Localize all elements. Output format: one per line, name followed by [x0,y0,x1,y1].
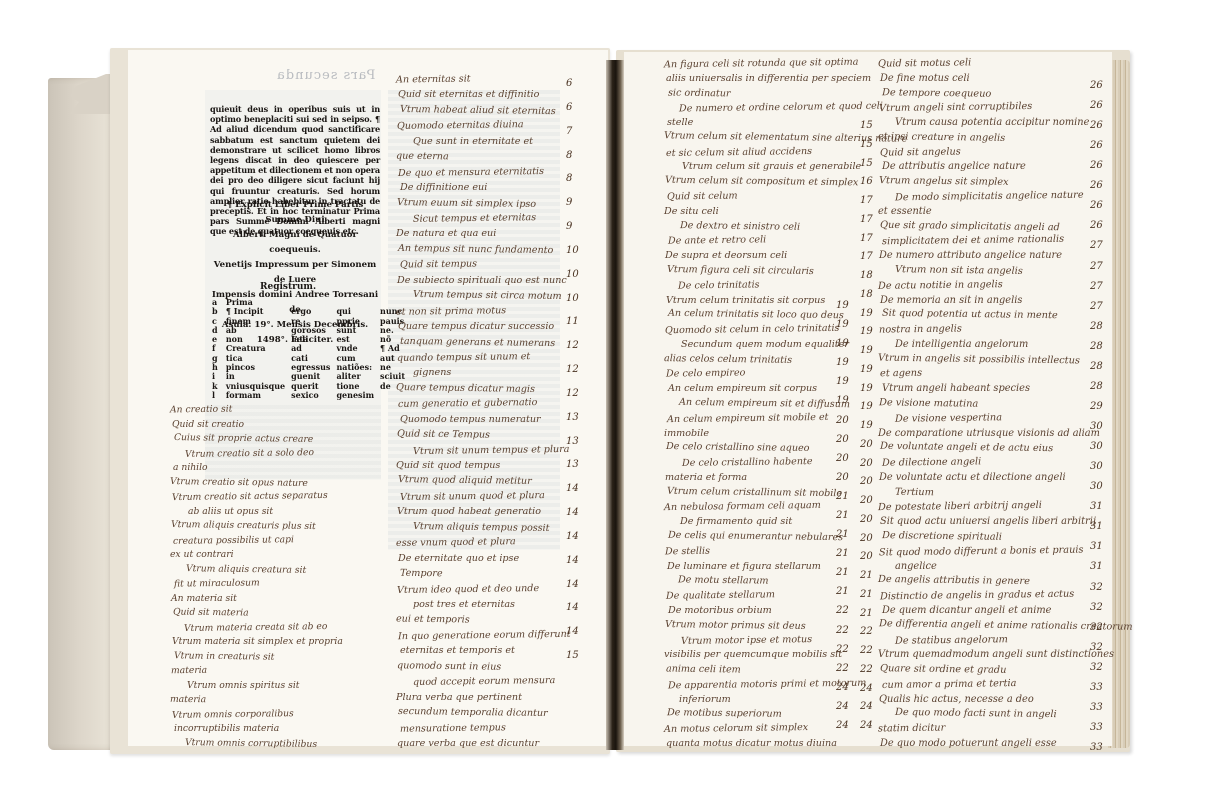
manuscript-line: eternitas et temporis et [400,645,515,656]
margin-number: 22 [860,645,873,656]
manuscript-line: Vtrum in creaturis sit [174,650,275,662]
margin-number: 19 [836,376,849,387]
manuscript-line: inferiorum [679,694,731,705]
margin-number: 22 [860,626,873,637]
manuscript-line: anima celi item [666,664,741,676]
manuscript-line: Vtrum celum trinitatis sit corpus [666,295,825,306]
manuscript-line: Quomodo eternitas diuina [397,119,524,132]
registrum-table: aPrimab¶ Incipitergoquinunccfinemrepprie… [212,298,411,400]
manuscript-line: De actu notitie in angelis [878,279,1003,292]
registrum-row: lformamsexicogenesim [212,391,411,400]
manuscript-line: De quo modo potuerunt angeli esse [880,738,1057,749]
colophon-line: ¶ Explicit Liber Prime Partis Summe Diui [210,198,380,228]
manuscript-line: Vtrum euum sit simplex ipso [397,197,536,210]
manuscript-line: fit ut miraculosum [174,578,260,590]
manuscript-line: An celum empireum sit mobile et [667,412,829,425]
margin-number: 21 [836,548,849,559]
margin-number: 26 [1090,180,1103,191]
margin-number: 26 [1090,200,1103,211]
margin-number: 19 [836,395,849,406]
margin-number: 19 [860,383,873,394]
manuscript-line: Vtrum angelus sit simplex [879,175,1009,188]
manuscript-line: Quare tempus dicatur magis [396,382,535,395]
margin-number: 29 [1090,401,1103,412]
margin-number: 12 [566,364,579,375]
margin-number: 19 [836,357,849,368]
manuscript-line: De tempore coequeuo [882,87,991,100]
margin-number: 19 [860,345,873,356]
manuscript-line: De visione vespertina [895,412,1002,424]
manuscript-line: Quomodo tempus numeratur [400,414,541,425]
margin-number: 20 [860,551,873,562]
margin-number: 32 [1090,602,1103,613]
margin-number: 13 [566,436,579,447]
margin-number: 19 [836,319,849,330]
manuscript-line: De quo et mensura eternitatis [398,166,544,179]
manuscript-line: De eternitate quo et ipse [398,553,519,564]
margin-number: 24 [836,682,849,693]
manuscript-line: De dilectione angeli [882,456,981,468]
margin-number: 27 [1090,261,1103,272]
registrum-cell: l [212,391,226,400]
manuscript-line: De discretione spirituali [882,530,1002,543]
manuscript-line: Tertium [895,486,934,498]
registrum-cell: genesim [336,391,380,400]
manuscript-line: In quo generatione eorum differunt [398,629,571,642]
manuscript-line: Plura verba que pertinent [396,692,522,703]
margin-number: 12 [566,340,579,351]
manuscript-line: eui et temporis [396,614,470,626]
manuscript-line: Vtrum creatio sit actus separatus [172,490,328,503]
margin-number: 28 [1090,381,1103,392]
margin-number: 24 [860,720,873,731]
margin-number: 28 [1090,341,1103,352]
manuscript-line: Vtrum in angelis sit possibilis intellec… [878,352,1080,366]
manuscript-line: materia et forma [665,472,747,483]
manuscript-line: secundum temporalia dicantur [398,706,548,719]
manuscript-line: Sicut tempus et eternitas [413,212,536,225]
manuscript-line: De motoribus orbium [668,605,772,616]
margin-number: 33 [1090,742,1103,753]
manuscript-line: De celo cristallino habente [682,456,813,469]
manuscript-line: De qualitate stellarum [666,589,775,602]
manuscript-line: De supra et deorsum celi [665,250,787,261]
margin-number: 14 [566,555,579,566]
margin-number: 21 [836,567,849,578]
manuscript-line: De stellis [665,545,710,557]
margin-number: 14 [566,579,579,590]
margin-number: 28 [1090,321,1103,332]
margin-number: 11 [566,316,579,327]
margin-number: 20 [860,439,873,450]
margin-number: 21 [860,589,873,600]
margin-number: 33 [1090,722,1103,733]
margin-number: 26 [1090,220,1103,231]
manuscript-line: De visione matutina [879,397,978,409]
manuscript-line: Vtrum angeli habeant species [882,383,1030,394]
manuscript-line: tanquam generans et numerans [400,335,555,348]
margin-number: 20 [836,453,849,464]
margin-number: 21 [836,510,849,521]
manuscript-line: An motus celorum sit simplex [664,722,808,735]
margin-number: 18 [860,289,873,300]
colophon-line: Alberti Magni de Quatuor coequeuis. [210,228,380,258]
manuscript-line: Vtrum omnis corruptibilibus [185,737,317,750]
book-gutter [606,60,624,750]
manuscript-line: Vtrum omnis corporalibus [172,708,294,721]
registrum-cell: sexico [291,391,336,400]
manuscript-line: Vtrum celum cristallinum sit mobile [667,485,842,498]
running-head-mirrored: Pars secunda [276,68,375,83]
manuscript-line: Vtrum aliquis creatura sit [186,563,306,576]
manuscript-line: An eternitas sit [396,73,471,85]
margin-number: 31 [1090,541,1103,552]
margin-number: 20 [860,476,873,487]
manuscript-line: et non sit prima motus [396,305,506,318]
manuscript-line: Vtrum creatio sit a solo deo [185,447,314,460]
margin-number: 32 [1090,662,1103,673]
margin-number: 14 [566,507,579,518]
margin-number: 19 [836,300,849,311]
margin-number: 19 [836,338,849,349]
manuscript-line: stelle [667,117,693,128]
manuscript-line: De quem dicantur angeli et anime [882,605,1051,616]
margin-number: 17 [860,214,873,225]
margin-number: 16 [860,176,873,187]
manuscript-line: Vtrum quemadmodum angeli sunt distinctio… [878,649,1114,660]
manuscript-line: Quid sit celum [667,191,738,203]
manuscript-line: incorruptibilis materia [174,723,279,734]
manuscript-line: sic ordinatur [668,87,731,99]
margin-number: 15 [860,139,873,150]
margin-number: 26 [1090,160,1103,171]
registrum-title: Registrum. [260,282,316,292]
margin-number: 30 [1090,461,1103,472]
margin-number: 8 [566,150,572,161]
margin-number: 24 [836,720,849,731]
manuscript-line: De firmamento quid sit [680,516,792,527]
registrum-cell: pincos [226,363,291,372]
margin-number: 18 [860,270,873,281]
margin-number: 22 [860,664,873,675]
manuscript-line: Cuius sit proprie actus creare [174,432,313,445]
manuscript-line: Vtrum tempus sit circa motum [413,289,562,302]
margin-number: 28 [1090,361,1103,372]
manuscript-line: De voluntate actu et dilectione angeli [879,472,1066,483]
manuscript-line: materia [170,694,206,706]
margin-number: 20 [836,472,849,483]
manuscript-line: De diffinitione eui [400,182,487,193]
manuscript-line: Vtrum sit unum quod et plura [400,490,545,503]
margin-number: 20 [836,434,849,445]
margin-number: 20 [860,514,873,525]
manuscript-line: De comparatione utriusque visionis ad al… [878,428,1100,439]
manuscript-line: Quid sit ce Tempus [397,429,490,441]
manuscript-line: cum amor a prima et tertia [882,678,1017,691]
manuscript-line: Quare tempus dicatur successio [398,321,554,332]
margin-number: 13 [566,459,579,470]
manuscript-line: Vtrum non sit ista angelis [895,264,1023,277]
margin-number: 13 [566,412,579,423]
margin-number: 22 [836,605,849,616]
margin-number: 10 [566,269,579,280]
margin-number: 31 [1090,521,1103,532]
manuscript-line: post tres et eternitas [413,599,515,610]
manuscript-line: Vtrum ideo quod et deo unde [397,583,539,596]
margin-number: 26 [1090,140,1103,151]
margin-number: 10 [566,293,579,304]
manuscript-line: angelice [895,561,937,572]
margin-number: 14 [566,602,579,613]
margin-number: 26 [1090,120,1103,131]
manuscript-line: Vtrum creatio sit opus nature [170,476,308,489]
manuscript-line: aliis uniuersalis in differentia per spe… [666,73,871,84]
manuscript-line: De luminare et figura stellarum [667,561,821,572]
registrum-cell: formam [226,391,291,400]
margin-number: 26 [1090,100,1103,111]
manuscript-line: An celum empireum sit et diffusum [679,397,850,410]
manuscript-line: De celo empireo [666,368,746,380]
manuscript-line: quomodo sunt in eius [397,660,501,672]
manuscript-line: statim dicitur [878,723,945,735]
manuscript-line: nostra in angelis [879,324,962,336]
margin-number: 15 [860,158,873,169]
manuscript-line: creatura possibilis ut capi [173,534,294,547]
margin-number: 20 [860,495,873,506]
margin-number: 15 [860,120,873,131]
manuscript-line: materia [171,665,207,677]
margin-number: 30 [1090,421,1103,432]
manuscript-line: De ante et retro celi [668,235,766,247]
margin-number: 30 [1090,481,1103,492]
margin-number: 33 [1090,702,1103,713]
manuscript-line: quod accepit eorum mensura [413,675,555,688]
margin-number: 14 [566,531,579,542]
manuscript-line: Que sit grado simplicitatis angeli ad [880,219,1060,233]
margin-number: 21 [860,570,873,581]
margin-number: 32 [1090,622,1103,633]
manuscript-line: Tempore [400,568,443,580]
margin-number: 26 [1090,80,1103,91]
manuscript-line: Vtrum materia creata sit ab eo [184,621,328,634]
manuscript-line: alias celos celum trinitatis [664,353,792,366]
margin-number: 9 [566,221,572,232]
margin-number: 8 [566,173,572,184]
manuscript-line: et agens [880,368,922,380]
margin-number: 19 [860,326,873,337]
margin-number: 19 [860,401,873,412]
manuscript-line: cum generatio et gubernatio [398,397,537,410]
margin-number: 10 [566,245,579,256]
manuscript-line: Vtrum quod habeat generatio [397,506,541,517]
manuscript-line: et sic celum sit aliud accidens [666,146,812,159]
manuscript-line: De statibus angelorum [895,634,1008,647]
manuscript-line: ex ut contrari [170,549,234,560]
manuscript-line: De celo trinitatis [678,279,760,291]
margin-number: 19 [860,420,873,431]
manuscript-line: Sit quod actu uniuersi angelis liberi ar… [880,516,1096,527]
manuscript-line: An creatio sit [170,404,233,416]
manuscript-line: visibilis per quemcumque mobilis sit [664,649,842,660]
margin-number: 21 [836,491,849,502]
manuscript-line: Quid sit materia [173,607,249,619]
manuscript-line: immobile [664,428,709,439]
manuscript-line: De motibus superiorum [667,708,782,721]
margin-number: 17 [860,195,873,206]
margin-number: 27 [1090,301,1103,312]
manuscript-line: mensuratione tempus [400,722,506,734]
margin-number: 27 [1090,281,1103,292]
manuscript-line: De natura et qua eui [396,228,496,239]
margin-number: 21 [836,529,849,540]
manuscript-line: Quid sit tempus [400,259,477,271]
manuscript-line: Vtrum sit unum tempus et plura [413,444,570,457]
margin-number: 20 [860,533,873,544]
manuscript-line: De intelligentia angelorum [895,339,1028,350]
manuscript-line: De subiecto spirituali quo est nunc [397,275,567,286]
margin-number: 21 [836,586,849,597]
manuscript-line: Secundum quem modum equaliter [681,339,849,350]
manuscript-line: De dextro et sinistro celi [680,220,800,233]
margin-number: 7 [566,126,572,137]
manuscript-line: Vtrum aliquis creaturis plus sit [171,519,316,532]
manuscript-line: et ipsi creature in angelis [878,131,1005,144]
manuscript-line: Qualis hic actus, necesse a deo [879,694,1034,705]
margin-number: 22 [836,663,849,674]
manuscript-line: et essentie [878,206,932,217]
manuscript-line: An celum empireum sit corpus [668,383,817,394]
manuscript-line: Quare sit ordine et gradu [880,663,1007,676]
manuscript-line: quare verba que est dicuntur [397,738,539,749]
margin-number: 31 [1090,561,1103,572]
manuscript-line: Vtrum materia sit simplex et propria [172,636,343,647]
margin-number: 19 [860,308,873,319]
margin-number: 33 [1090,682,1103,693]
manuscript-line: Vtrum motor primus sit deus [665,619,806,632]
margin-number: 21 [860,608,873,619]
manuscript-line: De numero attributo angelice nature [879,250,1062,261]
margin-number: 14 [566,626,579,637]
manuscript-line: De situ celi [664,206,719,217]
margin-number: 6 [566,102,572,113]
margin-number: 17 [860,251,873,262]
margin-number: 24 [860,701,873,712]
margin-number: 24 [860,683,873,694]
manuscript-line: Vtrum figura celi sit circularis [667,264,814,277]
manuscript-line: a nihilo [173,462,208,473]
manuscript-line: que eterna [396,151,449,163]
manuscript-line: Quid sit motus celi [878,57,971,69]
manuscript-line: An tempus sit nunc fundamento [398,243,553,256]
margin-number: 32 [1090,642,1103,653]
manuscript-line: De motu stellarum [678,575,769,587]
manuscript-line: Vtrum omnis spiritus sit [187,680,299,691]
margin-number: 14 [566,483,579,494]
margin-number: 20 [860,458,873,469]
margin-number: 31 [1090,501,1103,512]
margin-number: 9 [566,197,572,208]
margin-number: 22 [836,625,849,636]
margin-number: 6 [566,78,572,89]
margin-number: 12 [566,388,579,399]
margin-number: 17 [860,233,873,244]
manuscript-line: De memoria an sit in angelis [880,295,1022,306]
margin-number: 24 [836,701,849,712]
manuscript-line: Vtrum aliquis tempus possit [413,521,550,534]
manuscript-line: ab aliis ut opus sit [188,506,273,517]
manuscript-line: quanta motus dicatur motus diuina [666,738,837,749]
manuscript-line: De attributis angelice nature [882,161,1026,172]
manuscript-line: Quid sit quod tempus [396,460,500,471]
manuscript-line: gignens [413,367,451,378]
margin-number: 15 [566,650,579,661]
margin-number: 30 [1090,441,1103,452]
margin-number: 27 [1090,240,1103,251]
manuscript-line: De fine motus celi [880,73,970,84]
manuscript-line: Vtrum motor ipse et motus [681,634,812,647]
margin-number: 22 [836,644,849,655]
manuscript-line: Que sunt in eternitate et [413,136,533,147]
manuscript-line: Quid sit eternitas et diffinitio [398,89,539,100]
manuscript-line: Vtrum habeat aliud sit eternitas [400,104,556,117]
manuscript-line: Vtrum celum sit grauis et generabile [682,161,861,172]
manuscript-line: quando tempus sit unum et [397,351,530,364]
manuscript-line: Quid sit angelus [880,146,961,158]
manuscript-line: An materia sit [171,593,237,604]
margin-number: 32 [1090,582,1103,593]
manuscript-line: esse vnum quod et plura [396,536,516,549]
manuscript-line: Vtrum causa potentia accipitur nomine [895,117,1089,128]
margin-number: 19 [860,364,873,375]
margin-number: 20 [836,415,849,426]
manuscript-line: Quid sit creatio [172,419,244,430]
